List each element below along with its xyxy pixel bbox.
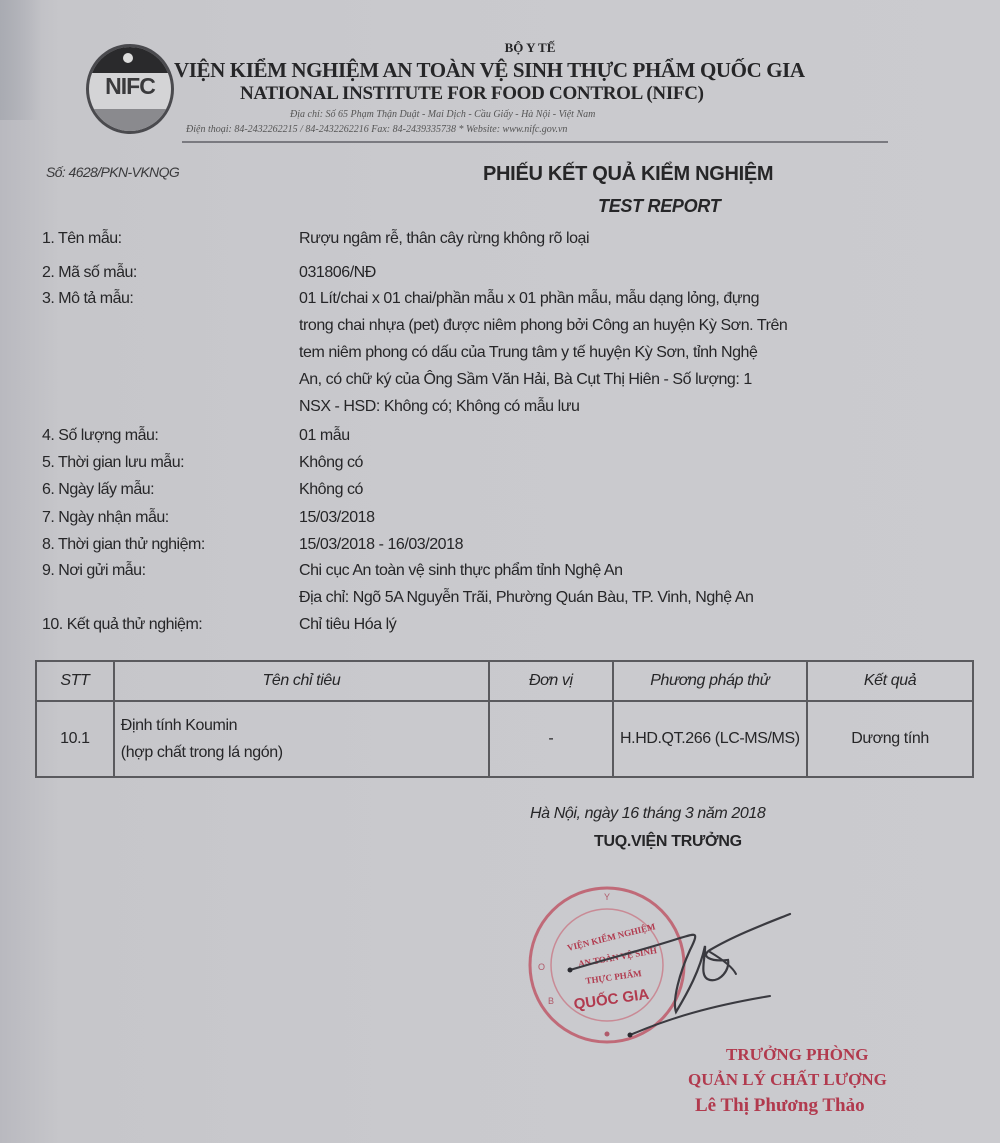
- document-number: Số: 4628/PKN-VKNQG: [46, 164, 179, 180]
- field-label: 3. Mô tả mẫu:: [42, 290, 133, 308]
- place-date: Hà Nội, ngày 16 tháng 3 năm 2018: [530, 805, 765, 823]
- field-value: 01 Lít/chai x 01 chai/phần mẫu x 01 phần…: [299, 290, 759, 308]
- logo-base: [89, 109, 171, 131]
- field-value: 01 mẫu: [299, 427, 350, 445]
- field-value: Chi cục An toàn vệ sinh thực phẩm tỉnh N…: [299, 562, 623, 580]
- field-value: Rượu ngâm rễ, thân cây rừng không rõ loạ…: [299, 230, 589, 248]
- field-label: 1. Tên mẫu:: [42, 230, 122, 248]
- field-value: An, có chữ ký của Ông Sầm Văn Hải, Bà Cụ…: [299, 371, 752, 389]
- ministry-name: BỘ Y TẾ: [0, 40, 1000, 56]
- field-value: Không có: [299, 481, 363, 499]
- field-value: 15/03/2018: [299, 509, 375, 527]
- cell-result: Dương tính: [807, 701, 973, 777]
- svg-text:O: O: [538, 962, 545, 972]
- header-result: Kết quả: [807, 661, 973, 701]
- institute-name-vn: VIỆN KIỂM NGHIỆM AN TOÀN VỆ SINH THỰC PH…: [174, 58, 805, 83]
- results-table: STT Tên chỉ tiêu Đơn vị Phương pháp thử …: [35, 660, 974, 778]
- cell-stt: 10.1: [36, 701, 114, 777]
- institute-name-en: NATIONAL INSTITUTE FOR FOOD CONTROL (NIF…: [240, 83, 704, 105]
- test-name-line1: Định tính Koumin: [121, 712, 487, 739]
- header-unit: Đơn vị: [489, 661, 613, 701]
- signer-name: Lê Thị Phương Thảo: [695, 1095, 865, 1117]
- header-stt: STT: [36, 661, 114, 701]
- page-edge-shadow: [0, 0, 42, 120]
- document-subtitle: TEST REPORT: [598, 196, 720, 217]
- document-title: PHIẾU KẾT QUẢ KIỂM NGHIỆM: [483, 163, 773, 186]
- cell-unit: -: [489, 701, 613, 777]
- header-method: Phương pháp thử: [613, 661, 807, 701]
- header-divider: [182, 141, 888, 143]
- table-header-row: STT Tên chỉ tiêu Đơn vị Phương pháp thử …: [36, 661, 973, 701]
- field-label: 4. Số lượng mẫu:: [42, 427, 158, 445]
- nifc-logo: NIFC: [86, 44, 174, 134]
- field-label: 7. Ngày nhận mẫu:: [42, 509, 169, 527]
- field-value: 031806/NĐ: [299, 264, 376, 282]
- field-value: tem niêm phong có dấu của Trung tâm y tế…: [299, 344, 757, 362]
- field-value: trong chai nhựa (pet) được niêm phong bở…: [299, 317, 787, 335]
- field-label: 10. Kết quả thử nghiệm:: [42, 616, 202, 634]
- field-label: 5. Thời gian lưu mẫu:: [42, 454, 184, 472]
- handwritten-signature: [560, 900, 800, 1040]
- field-value: 15/03/2018 - 16/03/2018: [299, 536, 463, 554]
- cell-test-name: Định tính Koumin (hợp chất trong lá ngón…: [114, 701, 489, 777]
- institute-contact: Điện thoại: 84-2432262215 / 84-243226221…: [186, 124, 567, 135]
- field-value: Chỉ tiêu Hóa lý: [299, 616, 396, 634]
- institute-address: Địa chỉ: Số 65 Phạm Thận Duật - Mai Dịch…: [290, 109, 595, 120]
- header-test-name: Tên chỉ tiêu: [114, 661, 489, 701]
- signer-title-line1: TRƯỞNG PHÒNG: [726, 1045, 868, 1065]
- field-label: 8. Thời gian thử nghiệm:: [42, 536, 205, 554]
- cell-method: H.HD.QT.266 (LC-MS/MS): [613, 701, 807, 777]
- signer-title-line2: QUẢN LÝ CHẤT LƯỢNG: [688, 1070, 887, 1090]
- table-row: 10.1 Định tính Koumin (hợp chất trong lá…: [36, 701, 973, 777]
- svg-text:B: B: [548, 996, 554, 1006]
- field-label: 9. Nơi gửi mẫu:: [42, 562, 146, 580]
- on-behalf-title: TUQ.VIỆN TRƯỞNG: [594, 833, 742, 851]
- logo-text: NIFC: [89, 73, 171, 100]
- field-value: Địa chỉ: Ngõ 5A Nguyễn Trãi, Phường Quán…: [299, 589, 754, 607]
- field-label: 2. Mã số mẫu:: [42, 264, 137, 282]
- field-label: 6. Ngày lấy mẫu:: [42, 481, 154, 499]
- field-value: Không có: [299, 454, 363, 472]
- test-name-line2: (hợp chất trong lá ngón): [121, 739, 487, 766]
- field-value: NSX - HSD: Không có; Không có mẫu lưu: [299, 398, 579, 416]
